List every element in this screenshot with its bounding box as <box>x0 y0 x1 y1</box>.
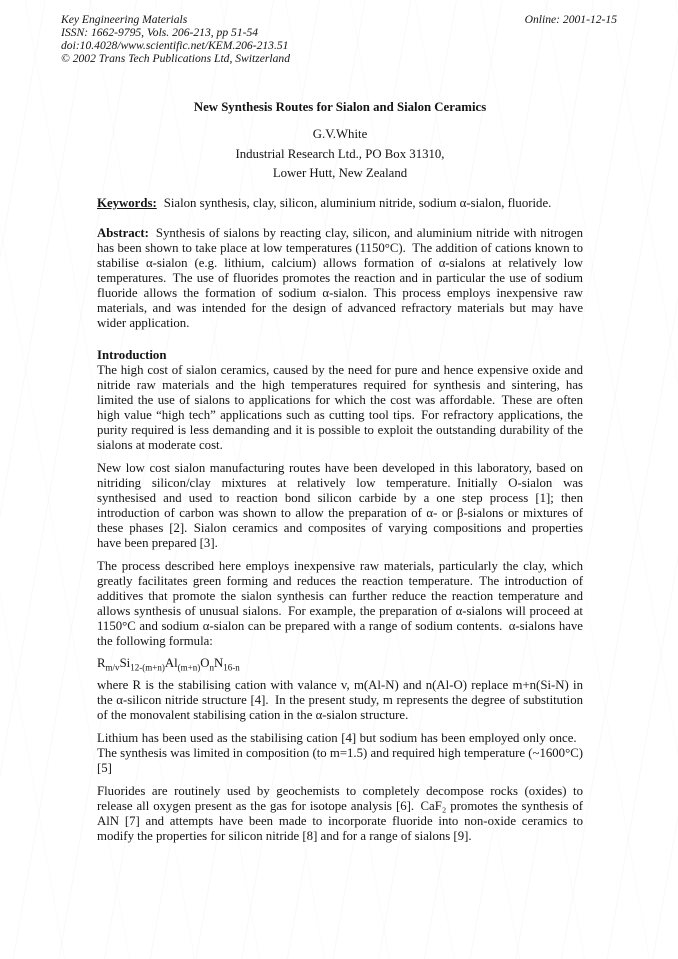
paper-page: Key Engineering Materials ISSN: 1662-979… <box>0 0 678 959</box>
formula-subscript: 12-(m+n) <box>130 663 165 673</box>
journal-header-left: Key Engineering Materials ISSN: 1662-979… <box>61 13 290 65</box>
formula-subscript: (m+n) <box>178 663 201 673</box>
journal-header: Key Engineering Materials ISSN: 1662-979… <box>61 13 617 65</box>
formula-term: Si <box>120 656 131 670</box>
formula-term: R <box>97 656 106 670</box>
introduction-heading: Introduction <box>97 348 583 363</box>
keywords-line: Keywords:Sialon synthesis, clay, silicon… <box>97 196 583 211</box>
abstract-text: Synthesis of sialons by reacting clay, s… <box>97 226 583 330</box>
formula-term: N <box>214 656 223 670</box>
paragraph-fluorides: Fluorides are routinely used by geochemi… <box>97 784 583 844</box>
affiliation-line1: Industrial Research Ltd., PO Box 31310, <box>97 147 583 162</box>
paper-title: New Synthesis Routes for Sialon and Sial… <box>97 100 583 115</box>
journal-name: Key Engineering Materials <box>61 13 290 26</box>
affiliation-line2: Lower Hutt, New Zealand <box>97 166 583 181</box>
journal-issn-line: ISSN: 1662-9795, Vols. 206-213, pp 51-54 <box>61 26 290 39</box>
abstract-label: Abstract: <box>97 226 149 240</box>
formula-subscript: m/v <box>106 663 120 673</box>
paragraph-lithium: Lithium has been used as the stabilising… <box>97 731 583 776</box>
paragraph-where-r: where R is the stabilising cation with v… <box>97 678 583 723</box>
online-date: Online: 2001-12-15 <box>525 13 617 26</box>
author-name: G.V.White <box>97 127 583 142</box>
paragraph-process: The process described here employs inexp… <box>97 559 583 649</box>
page-content: Key Engineering Materials ISSN: 1662-979… <box>0 0 678 844</box>
formula-term: Al <box>165 656 178 670</box>
formula-subscript: 16-n <box>223 663 240 673</box>
abstract-paragraph: Abstract:Synthesis of sialons by reactin… <box>97 226 583 331</box>
keywords-text: Sialon synthesis, clay, silicon, alumini… <box>164 196 552 210</box>
paragraph-high-cost: The high cost of sialon ceramics, caused… <box>97 363 583 453</box>
alpha-sialon-formula: Rm/vSi12-(m+n)Al(m+n)OnN16-n <box>97 656 583 671</box>
keywords-label: Keywords: <box>97 196 157 210</box>
journal-copyright-line: © 2002 Trans Tech Publications Ltd, Swit… <box>61 52 290 65</box>
journal-doi-line: doi:10.4028/www.scientific.net/KEM.206-2… <box>61 39 290 52</box>
paragraph-new-low-cost: New low cost sialon manufacturing routes… <box>97 461 583 551</box>
